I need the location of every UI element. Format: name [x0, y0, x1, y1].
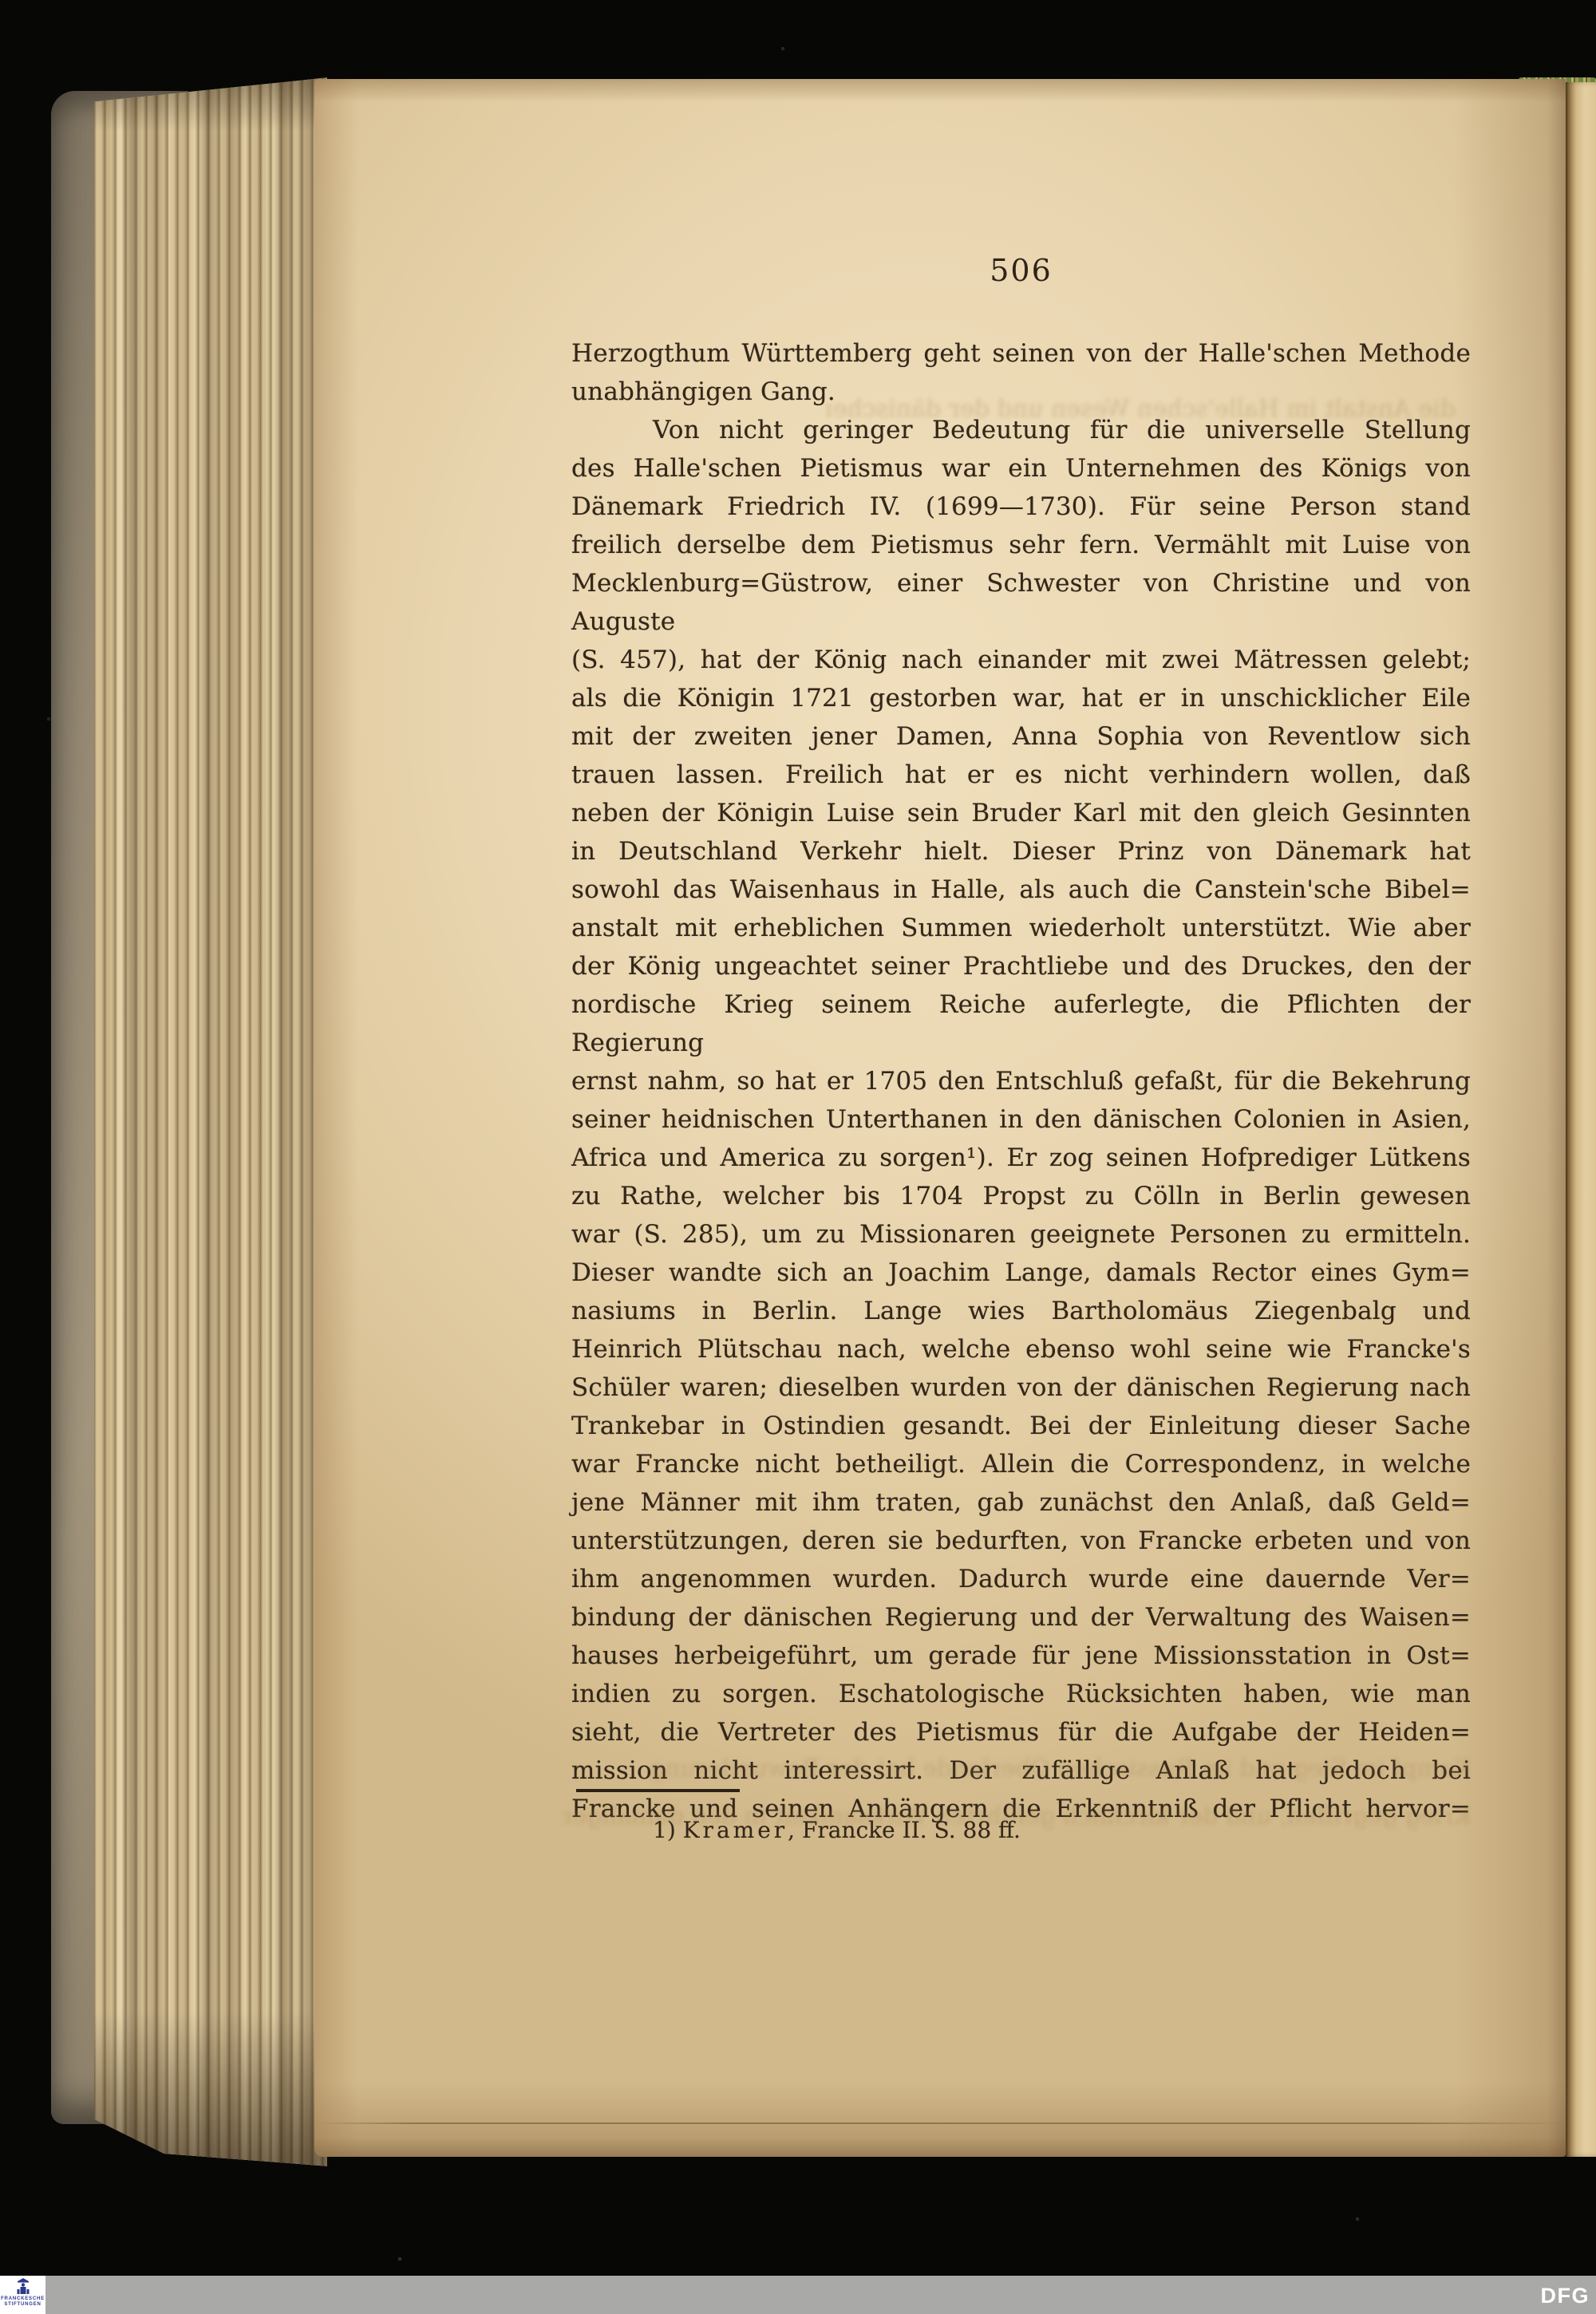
- text-line: neben der Königin Luise sein Bruder Karl…: [571, 794, 1471, 832]
- text-line: freilich derselbe dem Pietismus sehr fer…: [571, 526, 1471, 564]
- bleedthrough-text: Kampf im Sieg und im Russischen Oberland…: [562, 1755, 1472, 1783]
- text-line: anstalt mit erheblichen Summen wiederhol…: [571, 909, 1471, 947]
- footnote-marker: 1): [653, 1817, 683, 1843]
- text-line: zu Rathe, welcher bis 1704 Propst zu Cöl…: [571, 1177, 1471, 1215]
- text-line: mit der zweiten jener Damen, Anna Sophia…: [571, 717, 1471, 756]
- text-line: unterstützungen, deren sie bedurften, vo…: [571, 1522, 1471, 1560]
- text-line: Herzogthum Württemberg geht seinen von d…: [571, 334, 1471, 373]
- stamp-text-line1: FRANCKESCHE: [0, 2296, 45, 2302]
- text-line: trauen lassen. Freilich hat er es nicht …: [571, 756, 1471, 794]
- text-line: der König ungeachtet seiner Prachtliebe …: [571, 947, 1471, 985]
- text-line: war Francke nicht betheiligt. Allein die…: [571, 1445, 1471, 1483]
- text-line: Mecklenburg=Güstrow, einer Schwester von…: [571, 564, 1471, 641]
- page-edge-stack: [94, 77, 327, 2167]
- stamp-text-line2: STIFTUNGEN: [0, 2302, 45, 2308]
- text-line: nordische Krieg seinem Reiche auferlegte…: [571, 985, 1471, 1062]
- franckesche-stiftungen-stamp: FRANCKESCHE STIFTUNGEN: [0, 2276, 45, 2314]
- body-text: Herzogthum Württemberg geht seinen von d…: [571, 334, 1471, 1828]
- book-page: 506 die Anstalt im Halle'schen Wesen und…: [314, 79, 1566, 2157]
- page-number: 506: [571, 253, 1471, 288]
- text-line: unabhängigen Gang.: [571, 373, 1471, 411]
- text-line: als die Königin 1721 gestorben war, hat …: [571, 679, 1471, 717]
- gutter-facing-page: [1566, 82, 1596, 2157]
- book-scan: 506 die Anstalt im Halle'schen Wesen und…: [0, 0, 1596, 2314]
- text-line: Dänemark Friedrich IV. (1699—1730). Für …: [571, 488, 1471, 526]
- text-line: des Halle'schen Pietismus war ein Untern…: [571, 449, 1471, 488]
- dfg-logo: DFG: [1541, 2284, 1590, 2308]
- footer-bar: FRANCKESCHE STIFTUNGEN DFG: [0, 2276, 1596, 2314]
- text-line: Von nicht geringer Bedeutung für die uni…: [571, 411, 1471, 449]
- footnote-reference: , Francke II. S. 88 ff.: [788, 1817, 1021, 1843]
- text-line: Dieser wandte sich an Joachim Lange, dam…: [571, 1254, 1471, 1292]
- franckesche-logo-icon: [16, 2278, 30, 2296]
- dust-specks: [0, 0, 2, 2]
- text-line: Schüler waren; dieselben wurden von der …: [571, 1368, 1471, 1407]
- text-line: Heinrich Plütschau nach, welche ebenso w…: [571, 1330, 1471, 1368]
- text-line: indien zu sorgen. Eschatologische Rücksi…: [571, 1675, 1471, 1713]
- text-line: nasiums in Berlin. Lange wies Bartholomä…: [571, 1292, 1471, 1330]
- text-line: ernst nahm, so hat er 1705 den Entschluß…: [571, 1062, 1471, 1100]
- text-line: sowohl das Waisenhaus in Halle, als auch…: [571, 871, 1471, 909]
- footnote-author: Kramer: [683, 1817, 788, 1843]
- text-line: ihm angenommen wurden. Dadurch wurde ein…: [571, 1560, 1471, 1598]
- footnote-rule: [576, 1789, 740, 1792]
- text-line: jene Männer mit ihm traten, gab zunächst…: [571, 1483, 1471, 1522]
- text-line: hauses herbeigeführt, um gerade für jene…: [571, 1637, 1471, 1675]
- text-line: bindung der dänischen Regierung und der …: [571, 1598, 1471, 1637]
- text-line: Trankebar in Ostindien gesandt. Bei der …: [571, 1407, 1471, 1445]
- text-line: Africa und America zu sorgen¹). Er zog s…: [571, 1139, 1471, 1177]
- text-line: sieht, die Vertreter des Pietismus für d…: [571, 1713, 1471, 1751]
- text-line: in Deutschland Verkehr hielt. Dieser Pri…: [571, 832, 1471, 871]
- page-crease: [314, 2122, 1566, 2124]
- footnote: 1) Kramer, Francke II. S. 88 ff.: [653, 1817, 1021, 1843]
- text-line: war (S. 285), um zu Missionaren geeignet…: [571, 1215, 1471, 1254]
- text-line: seiner heidnischen Unterthanen in den dä…: [571, 1100, 1471, 1139]
- text-line: (S. 457), hat der König nach einander mi…: [571, 641, 1471, 679]
